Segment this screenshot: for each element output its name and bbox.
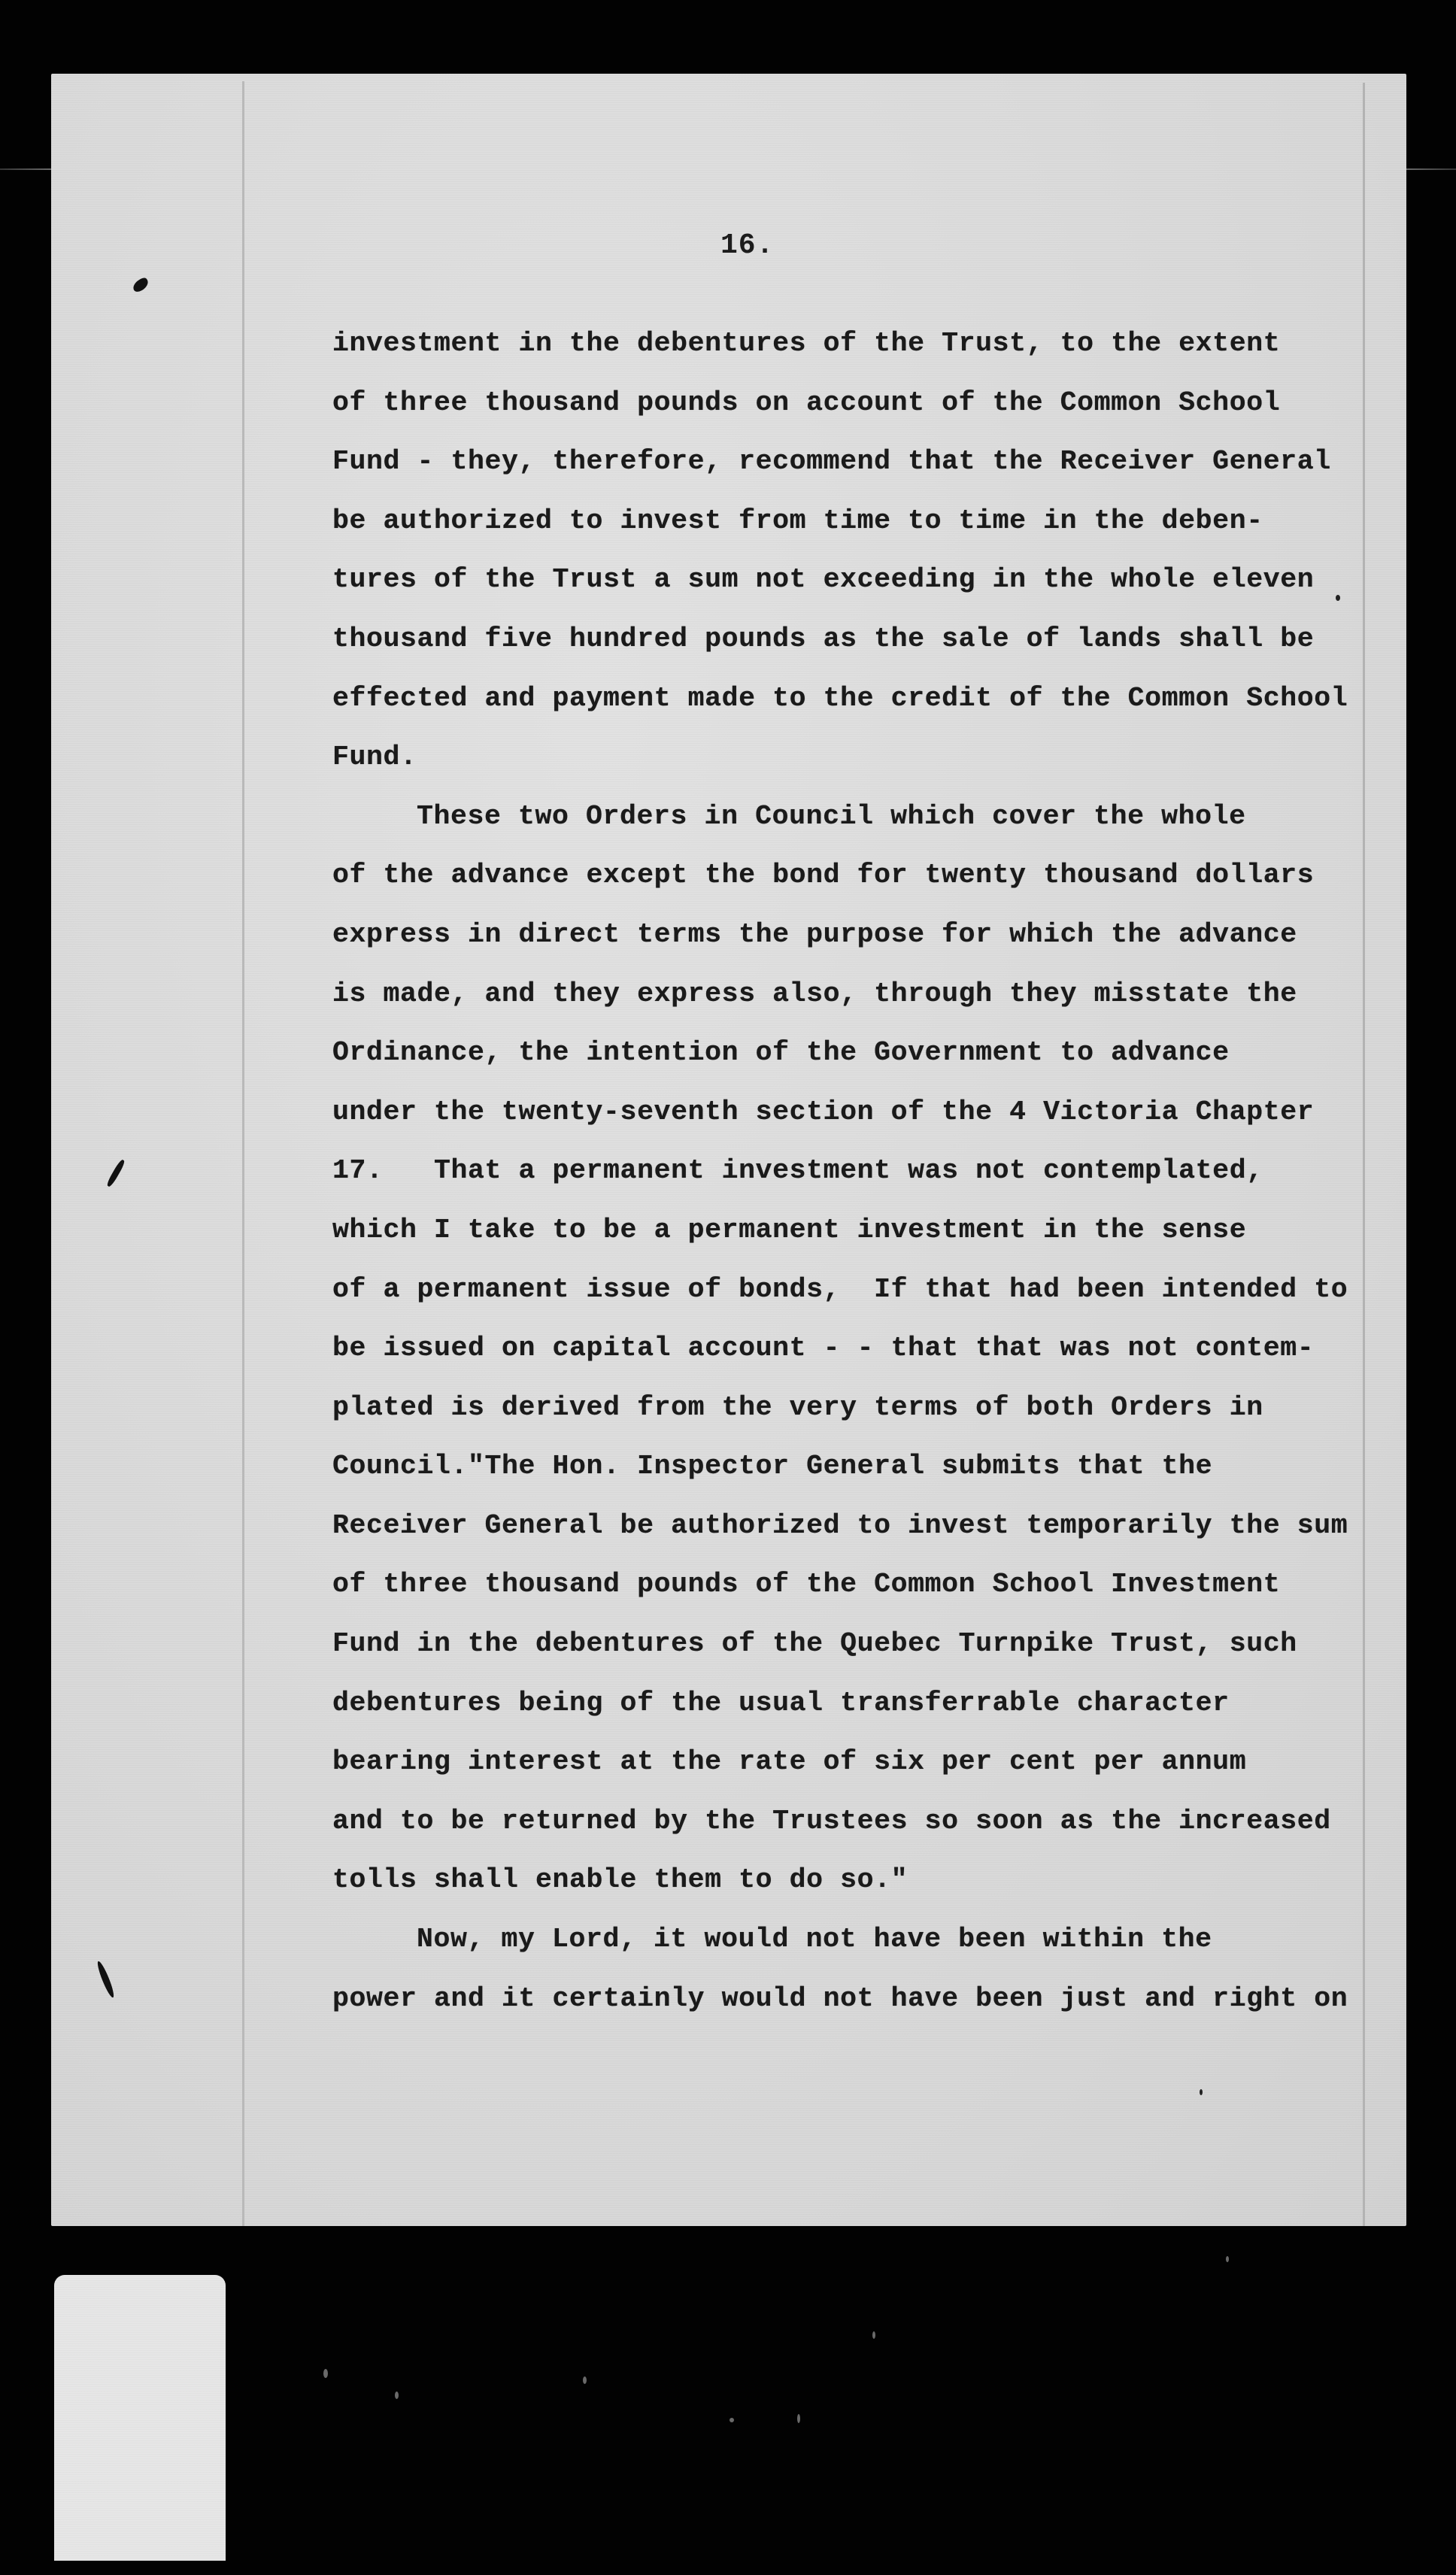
text-line: Fund in the debentures of the Quebec Tur… bbox=[332, 1615, 1370, 1674]
film-speck bbox=[797, 2414, 800, 2423]
text-line: under the twenty-seventh section of the … bbox=[332, 1083, 1370, 1142]
text-line: Council."The Hon. Inspector General subm… bbox=[332, 1437, 1370, 1497]
text-line: bearing interest at the rate of six per … bbox=[332, 1733, 1370, 1792]
text-line: thousand five hundred pounds as the sale… bbox=[332, 610, 1370, 669]
film-speck bbox=[583, 2376, 587, 2384]
text-line: debentures being of the usual transferra… bbox=[332, 1674, 1370, 1733]
film-leader-tab bbox=[54, 2275, 226, 2561]
text-line: of a permanent issue of bonds, If that h… bbox=[332, 1260, 1370, 1320]
text-line: of the advance except the bond for twent… bbox=[332, 846, 1370, 905]
text-line: tolls shall enable them to do so." bbox=[332, 1851, 1370, 1910]
film-speck bbox=[730, 2418, 734, 2422]
text-line: of three thousand pounds of the Common S… bbox=[332, 1555, 1370, 1615]
text-line: 17. That a permanent investment was not … bbox=[332, 1142, 1370, 1201]
left-margin-rule bbox=[242, 81, 244, 2226]
paragraph-start-line: Now, my Lord, it would not have been wit… bbox=[332, 1910, 1370, 1970]
text-line: Fund. bbox=[332, 728, 1370, 787]
text-line: plated is derived from the very terms of… bbox=[332, 1378, 1370, 1438]
film-speck bbox=[872, 2331, 875, 2339]
text-line: of three thousand pounds on account of t… bbox=[332, 374, 1370, 433]
film-speck bbox=[1226, 2256, 1229, 2262]
text-line: effected and payment made to the credit … bbox=[332, 669, 1370, 729]
text-line: is made, and they express also, through … bbox=[332, 965, 1370, 1024]
film-speck bbox=[395, 2392, 399, 2399]
film-speck bbox=[323, 2369, 328, 2378]
text-line: power and it certainly would not have be… bbox=[332, 1970, 1370, 2029]
page-number: 16. bbox=[720, 229, 774, 262]
text-line: be authorized to invest from time to tim… bbox=[332, 492, 1370, 551]
text-line: and to be returned by the Trustees so so… bbox=[332, 1792, 1370, 1852]
body-text: investment in the debentures of the Trus… bbox=[332, 314, 1370, 2028]
text-line: Receiver General be authorized to invest… bbox=[332, 1497, 1370, 1556]
text-line: investment in the debentures of the Trus… bbox=[332, 314, 1370, 374]
text-line: express in direct terms the purpose for … bbox=[332, 905, 1370, 965]
text-line: which I take to be a permanent investmen… bbox=[332, 1201, 1370, 1260]
text-line: Ordinance, the intention of the Governme… bbox=[332, 1024, 1370, 1083]
text-line: Fund - they, therefore, recommend that t… bbox=[332, 432, 1370, 492]
text-line: tures of the Trust a sum not exceeding i… bbox=[332, 550, 1370, 610]
ink-dot bbox=[1200, 2089, 1203, 2095]
text-line: be issued on capital account - - that th… bbox=[332, 1319, 1370, 1378]
paragraph-start-line: These two Orders in Council which cover … bbox=[332, 787, 1370, 847]
